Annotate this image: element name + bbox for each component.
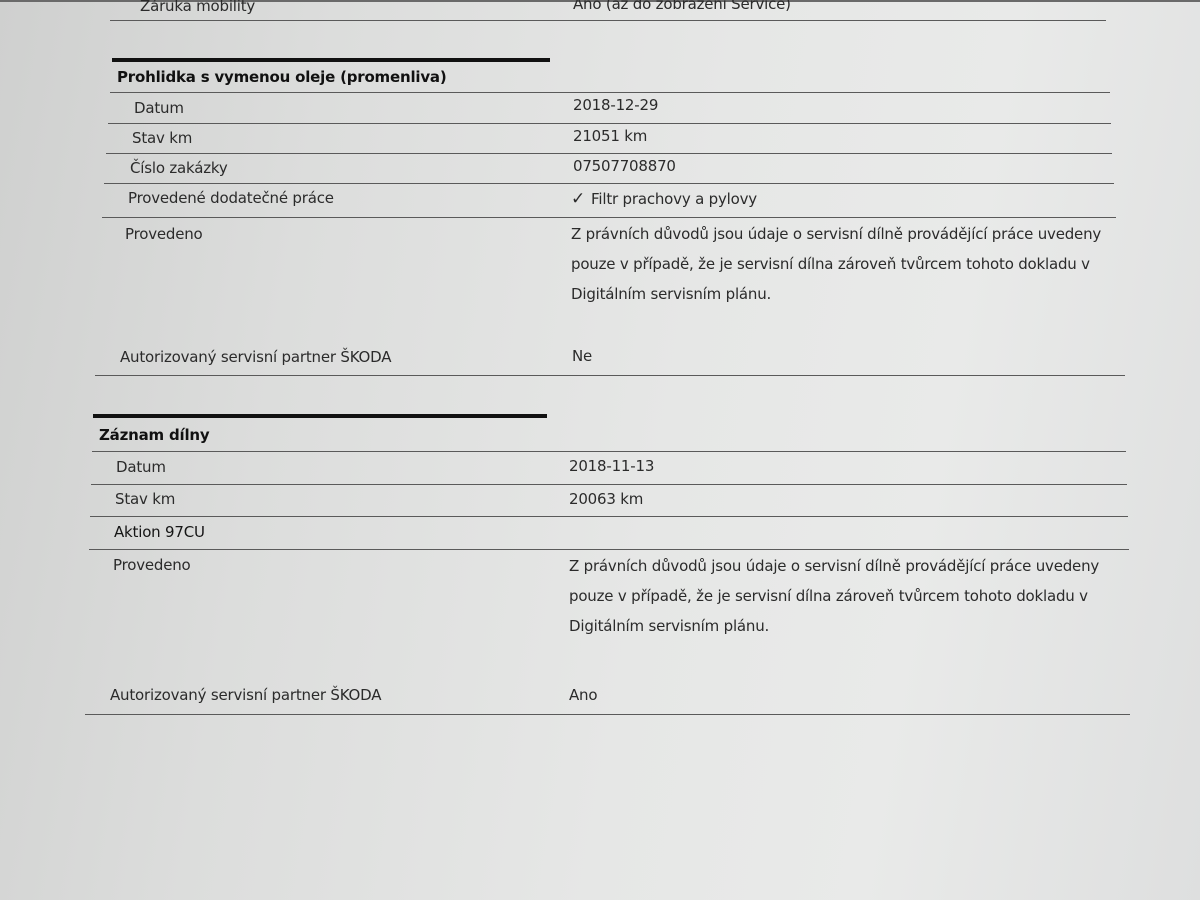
order-number-label: Číslo zakázky — [130, 159, 228, 177]
order-number-value: 07507708870 — [573, 157, 676, 175]
additional-work-label: Provedené dodatečné práce — [128, 189, 334, 207]
divider — [110, 92, 1110, 93]
divider — [102, 217, 1116, 218]
mileage-label: Stav km — [132, 129, 192, 147]
date-label: Datum — [116, 458, 166, 476]
divider — [95, 375, 1125, 376]
performed-disclaimer: Z právních důvodů jsou údaje o servisní … — [569, 551, 1129, 641]
mileage-value: 21051 km — [573, 127, 647, 145]
divider — [91, 484, 1127, 485]
authorized-partner-value: Ano — [569, 686, 597, 704]
performed-label: Provedeno — [125, 225, 203, 243]
authorized-partner-label: Autorizovaný servisní partner ŠKODA — [120, 348, 391, 366]
checkmark-icon: ✓ — [571, 189, 585, 209]
disclaimer-line: Digitálním servisním plánu. — [571, 279, 1131, 309]
divider — [89, 549, 1129, 550]
mobility-warranty-label: Záruka mobility — [140, 0, 255, 15]
divider — [90, 516, 1128, 517]
section-title-oil-service: Prohlidka s vymenou oleje (promenliva) — [117, 68, 446, 86]
disclaimer-line: Z právních důvodů jsou údaje o servisní … — [571, 219, 1131, 249]
additional-work-text: Filtr prachovy a pylovy — [591, 190, 757, 208]
authorized-partner-label: Autorizovaný servisní partner ŠKODA — [110, 686, 381, 704]
additional-work-value: ✓Filtr prachovy a pylovy — [571, 189, 757, 209]
date-value: 2018-12-29 — [573, 96, 658, 114]
section-rule — [93, 414, 547, 418]
section-title-workshop-record: Záznam dílny — [99, 426, 209, 444]
mileage-value: 20063 km — [569, 490, 643, 508]
disclaimer-line: Z právních důvodů jsou údaje o servisní … — [569, 551, 1129, 581]
divider — [110, 20, 1106, 21]
mileage-label: Stav km — [115, 490, 175, 508]
date-value: 2018-11-13 — [569, 457, 654, 475]
authorized-partner-value: Ne — [572, 347, 592, 365]
divider — [85, 714, 1130, 715]
performed-disclaimer: Z právních důvodů jsou údaje o servisní … — [571, 219, 1131, 309]
divider — [104, 183, 1114, 184]
performed-label: Provedeno — [113, 556, 191, 574]
divider — [108, 123, 1111, 124]
disclaimer-line: pouze v případě, že je servisní dílna zá… — [571, 249, 1131, 279]
disclaimer-line: Digitálním servisním plánu. — [569, 611, 1129, 641]
section-rule — [112, 58, 550, 62]
mobility-warranty-value: Ano (až do zobrazení Service) — [573, 0, 791, 13]
disclaimer-line: pouze v případě, že je servisní dílna zá… — [569, 581, 1129, 611]
action-subheading: Aktion 97CU — [114, 523, 205, 541]
divider — [106, 153, 1112, 154]
date-label: Datum — [134, 99, 184, 117]
divider — [92, 451, 1126, 452]
